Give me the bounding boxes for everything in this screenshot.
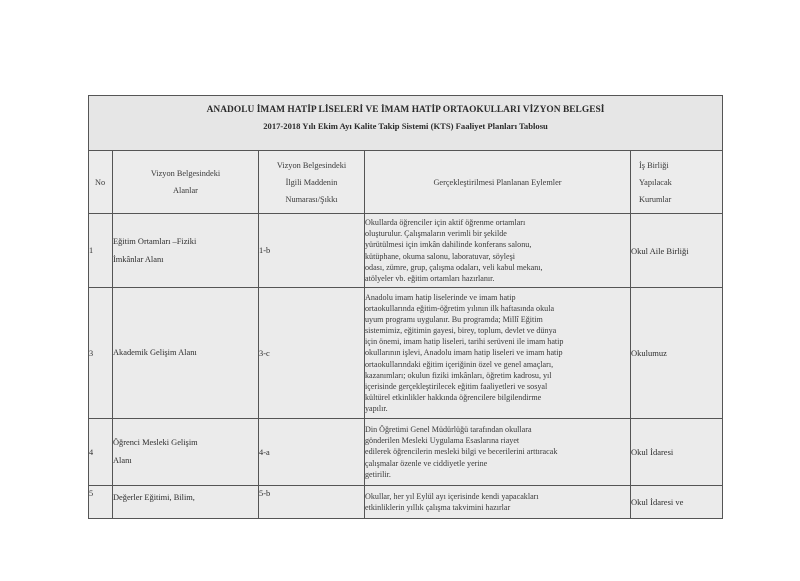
header-institutions-line: Kurumlar (639, 191, 722, 208)
action-line: kütüphane, okuma salonu, laboratuvar, sö… (365, 251, 630, 262)
header-institutions-line: Yapılacak (639, 174, 722, 191)
scanned-document-page: ANADOLU İMAM HATİP LİSELERİ VE İMAM HATİ… (0, 0, 800, 581)
row-area-line: Eğitim Ortamları –Fiziki (113, 233, 258, 251)
header-institutions: İş Birliği Yapılacak Kurumlar (631, 151, 723, 214)
action-line: atölyeler vb. eğitim ortamları hazırlanı… (365, 273, 630, 284)
row-area-line: Alanı (113, 452, 258, 470)
action-line: etkinliklerin yıllık çalışma takvimini h… (365, 502, 630, 513)
action-line: odası, zümre, grup, çalışma odaları, vel… (365, 262, 630, 273)
row-institution: Okul İdaresi ve (631, 486, 723, 519)
row-item: 5-b (259, 486, 365, 519)
row-area-line: Değerler Eğitimi, Bilim, (113, 489, 258, 507)
kts-activity-plan-table: ANADOLU İMAM HATİP LİSELERİ VE İMAM HATİ… (88, 95, 723, 519)
action-line: Din Öğretimi Genel Müdürlüğü tarafından … (365, 424, 630, 435)
action-line: Anadolu imam hatip liselerinde ve imam h… (365, 292, 630, 303)
row-area-line: İmkânlar Alanı (113, 251, 258, 269)
document-subtitle: 2017-2018 Yılı Ekim Ayı Kalite Takip Sis… (89, 121, 722, 131)
header-actions: Gerçekleştirilmesi Planlanan Eylemler (365, 151, 631, 214)
action-line: okullarının işlevi, Anadolu imam hatip l… (365, 347, 630, 358)
table-title-cell: ANADOLU İMAM HATİP LİSELERİ VE İMAM HATİ… (89, 96, 723, 151)
action-line: içerisinde gerçekleştirilecek eğitim faa… (365, 381, 630, 392)
header-institutions-line: İş Birliği (639, 157, 722, 174)
action-line: uyum programı uygulanır. Bu programda; M… (365, 314, 630, 325)
table-row: 4 Öğrenci Mesleki Gelişim Alanı 4-a Din … (89, 419, 723, 486)
row-actions: Din Öğretimi Genel Müdürlüğü tarafından … (365, 419, 631, 486)
table-row: 5 Değerler Eğitimi, Bilim, 5-b Okullar, … (89, 486, 723, 519)
header-no: No (89, 151, 113, 214)
action-line: için önemi, imam hatip liseleri, tarihi … (365, 336, 630, 347)
row-no: 3 (89, 288, 113, 419)
row-area-line: Akademik Gelişim Alanı (113, 344, 258, 362)
header-area: Vizyon Belgesindeki Alanlar (113, 151, 259, 214)
row-institution: Okul Aile Birliği (631, 214, 723, 288)
row-institution: Okul İdaresi (631, 419, 723, 486)
table-row: 1 Eğitim Ortamları –Fiziki İmkânlar Alan… (89, 214, 723, 288)
table-title-row: ANADOLU İMAM HATİP LİSELERİ VE İMAM HATİ… (89, 96, 723, 151)
header-item: Vizyon Belgesindeki İlgili Maddenin Numa… (259, 151, 365, 214)
row-actions: Okullar, her yıl Eylül ayı içerisinde ke… (365, 486, 631, 519)
row-institution: Okulumuz (631, 288, 723, 419)
table-header-row: No Vizyon Belgesindeki Alanlar Vizyon Be… (89, 151, 723, 214)
row-actions: Okullarda öğrenciler için aktif öğrenme … (365, 214, 631, 288)
action-line: gönderilen Mesleki Uygulama Esaslarına r… (365, 435, 630, 446)
action-line: edilerek öğrencilerin mesleki bilgi ve b… (365, 446, 630, 457)
header-item-line: Numarası/Şıkkı (259, 191, 364, 208)
action-line: Okullar, her yıl Eylül ayı içerisinde ke… (365, 491, 630, 502)
row-item: 4-a (259, 419, 365, 486)
action-line: sistemimiz, eğitimin gayesi, birey, topl… (365, 325, 630, 336)
table-row: 3 Akademik Gelişim Alanı 3-c Anadolu ima… (89, 288, 723, 419)
row-item: 3-c (259, 288, 365, 419)
action-line: ortaokullarında eğitim-öğretim yılının i… (365, 303, 630, 314)
action-line: getirilir. (365, 469, 630, 480)
action-line: Okullarda öğrenciler için aktif öğrenme … (365, 217, 630, 228)
row-no: 5 (89, 486, 113, 519)
row-area: Öğrenci Mesleki Gelişim Alanı (113, 419, 259, 486)
row-actions: Anadolu imam hatip liselerinde ve imam h… (365, 288, 631, 419)
header-area-line: Alanlar (113, 182, 258, 199)
action-line: yürütülmesi için imkân dahilinde konfera… (365, 239, 630, 250)
action-line: yapılır. (365, 403, 630, 414)
document-title: ANADOLU İMAM HATİP LİSELERİ VE İMAM HATİ… (89, 105, 722, 115)
header-item-line: Vizyon Belgesindeki (259, 157, 364, 174)
action-line: ortaokullarındaki eğitim içeriğinin özel… (365, 359, 630, 370)
row-item: 1-b (259, 214, 365, 288)
action-line: kültürel etkinlikler hakkında öğrenciler… (365, 392, 630, 403)
row-area-line: Öğrenci Mesleki Gelişim (113, 434, 258, 452)
action-line: çalışmalar özenle ve ciddiyetle yerine (365, 458, 630, 469)
header-item-line: İlgili Maddenin (259, 174, 364, 191)
row-area: Eğitim Ortamları –Fiziki İmkânlar Alanı (113, 214, 259, 288)
row-no: 4 (89, 419, 113, 486)
row-area: Akademik Gelişim Alanı (113, 288, 259, 419)
action-line: oluşturulur. Çalışmaların verimli bir şe… (365, 228, 630, 239)
row-area: Değerler Eğitimi, Bilim, (113, 486, 259, 519)
header-area-line: Vizyon Belgesindeki (113, 165, 258, 182)
action-line: kazanımları; okulun fiziki imkânları, öğ… (365, 370, 630, 381)
row-no: 1 (89, 214, 113, 288)
